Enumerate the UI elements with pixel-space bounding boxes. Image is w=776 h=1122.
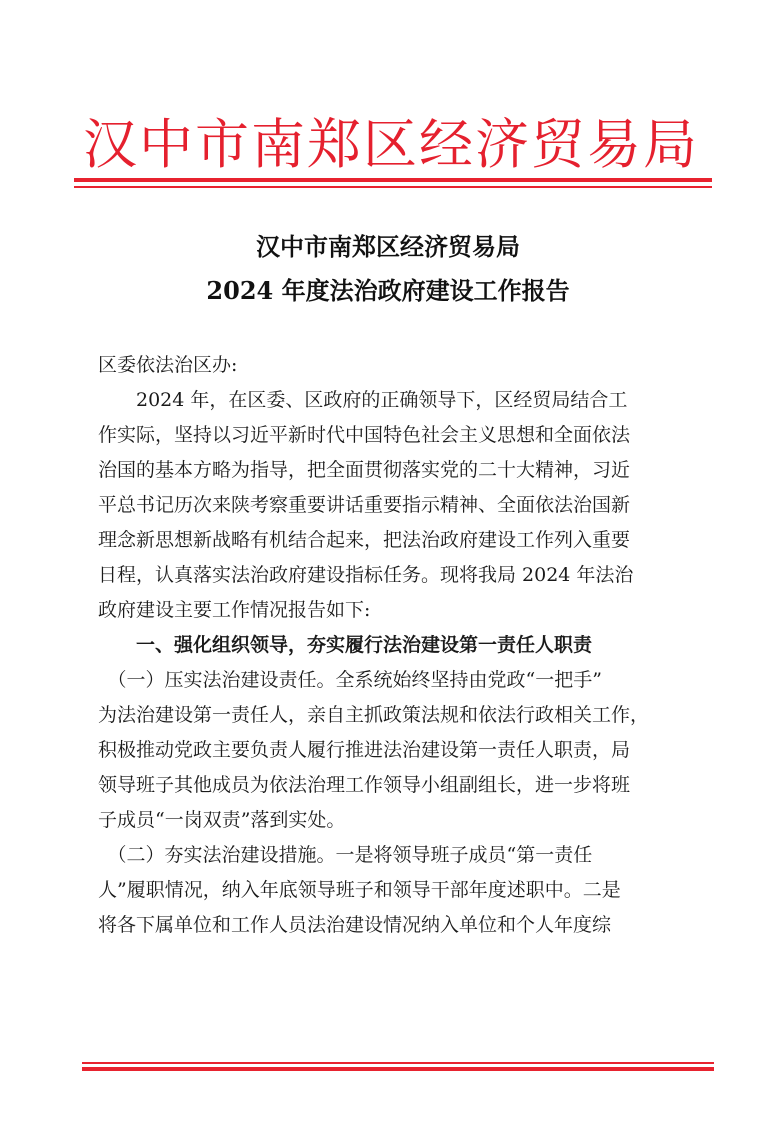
paragraph-line: （一）压实法治建设责任。全系统始终坚持由党政“一把手”: [98, 663, 688, 698]
masthead-char: 郑: [306, 112, 362, 178]
masthead-char: 贸: [530, 112, 586, 178]
masthead-char: 局: [642, 112, 698, 178]
masthead-char: 济: [474, 112, 530, 178]
header-rule-thick: [74, 178, 712, 182]
section-heading: 一、强化组织领导，夯实履行法治建设第一责任人职责: [98, 628, 688, 663]
masthead-char: 中: [138, 112, 194, 178]
paragraph-line: 积极推动党政主要负责人履行推进法治建设第一责任人职责，局: [98, 733, 688, 768]
masthead-org-name: 汉 中 市 南 郑 区 经 济 贸 易 局: [82, 112, 698, 178]
paragraph-line: 将各下属单位和工作人员法治建设情况纳入单位和个人年度综: [98, 908, 688, 943]
masthead-char: 易: [586, 112, 642, 178]
footer-rule-thick: [82, 1067, 714, 1071]
paragraph-line: （二）夯实法治建设措施。一是将领导班子成员“第一责任: [98, 838, 688, 873]
paragraph-line: 2024 年，在区委、区政府的正确领导下，区经贸局结合工: [98, 383, 688, 418]
masthead-char: 经: [418, 112, 474, 178]
footer-rule-thin: [82, 1062, 714, 1064]
salutation: 区委依法治区办:: [98, 348, 688, 383]
paragraph-line: 为法治建设第一责任人，亲自主抓政策法规和依法行政相关工作，: [98, 698, 688, 733]
paragraph-line: 子成员“一岗双责”落到实处。: [98, 803, 688, 838]
document-title-line1: 汉中市南郑区经济贸易局: [0, 232, 776, 262]
paragraph-line: 理念新思想新战略有机结合起来，把法治政府建设工作列入重要: [98, 523, 688, 558]
header-rule-thin: [74, 186, 712, 188]
paragraph-line: 日程，认真落实法治政府建设指标任务。现将我局 2024 年法治: [98, 558, 688, 593]
paragraph-line: 领导班子其他成员为依法治理工作领导小组副组长，进一步将班: [98, 768, 688, 803]
paragraph-line: 治国的基本方略为指导，把全面贯彻落实党的二十大精神，习近: [98, 453, 688, 488]
masthead-char: 市: [194, 112, 250, 178]
document-body: 区委依法治区办: 2024 年，在区委、区政府的正确领导下，区经贸局结合工 作实…: [98, 348, 688, 943]
paragraph-line: 政府建设主要工作情况报告如下:: [98, 593, 688, 628]
document-title-line2: 2024 年度法治政府建设工作报告: [0, 276, 776, 306]
paragraph-line: 平总书记历次来陕考察重要讲话重要指示精神、全面依法治国新: [98, 488, 688, 523]
paragraph-line: 作实际，坚持以习近平新时代中国特色社会主义思想和全面依法: [98, 418, 688, 453]
masthead-char: 南: [250, 112, 306, 178]
masthead-char: 区: [362, 112, 418, 178]
paragraph-line: 人”履职情况，纳入年底领导班子和领导干部年度述职中。二是: [98, 873, 688, 908]
masthead-char: 汉: [82, 112, 138, 178]
